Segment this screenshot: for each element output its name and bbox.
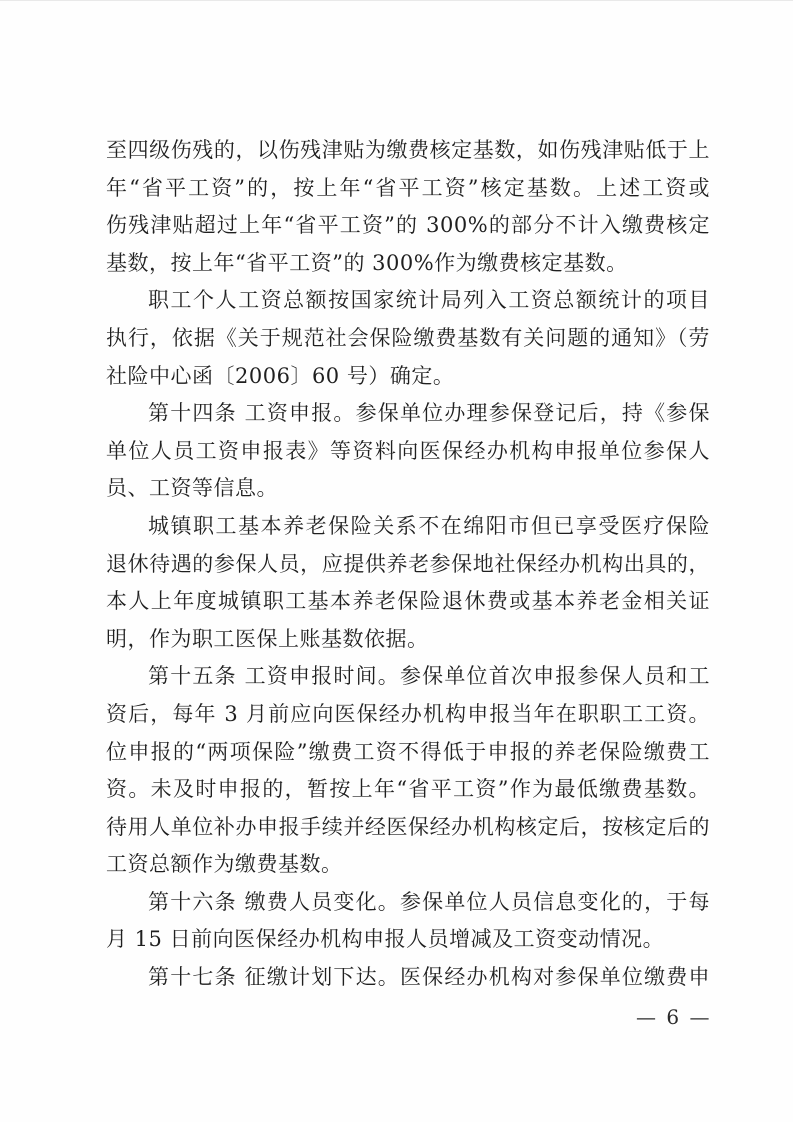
scan-edge-line [0,0,793,1]
text-line: 明，作为职工医保上账基数依据。 [106,621,710,659]
text-line: 社险中心函〔2006〕60 号）确定。 [106,358,710,396]
text-line: 职工个人工资总额按国家统计局列入工资总额统计的项目 [106,282,710,320]
text-line: 单位人员工资申报表》等资料向医保经办机构申报单位参保人 [106,433,710,471]
text-line: 第十七条 征缴计划下达。医保经办机构对参保单位缴费申 [106,959,710,997]
text-line: 至四级伤残的，以伤残津贴为缴费核定基数，如伤残津贴低于上 [106,132,710,170]
text-line: 基数，按上年“省平工资”的 300%作为缴费核定基数。 [106,245,710,283]
document-text-block: 至四级伤残的，以伤残津贴为缴费核定基数，如伤残津贴低于上年“省平工资”的，按上年… [106,132,710,997]
text-line: 执行，依据《关于规范社会保险缴费基数有关问题的通知》（劳 [106,320,710,358]
text-line: 退休待遇的参保人员，应提供养老参保地社保经办机构出具的， [106,546,710,584]
document-page: 至四级伤残的，以伤残津贴为缴费核定基数，如伤残津贴低于上年“省平工资”的，按上年… [0,0,793,1122]
text-line: 年“省平工资”的，按上年“省平工资”核定基数。上述工资或 [106,170,710,208]
text-line: 工资总额作为缴费基数。 [106,846,710,884]
text-line: 本人上年度城镇职工基本养老保险退休费或基本养老金相关证 [106,583,710,621]
text-line: 第十四条 工资申报。参保单位办理参保登记后，持《参保 [106,395,710,433]
text-line: 位申报的“两项保险”缴费工资不得低于申报的养老保险缴费工 [106,734,710,772]
text-line: 待用人单位补办申报手续并经医保经办机构核定后，按核定后的 [106,809,710,847]
text-line: 城镇职工基本养老保险关系不在绵阳市但已享受医疗保险 [106,508,710,546]
text-line: 资。未及时申报的，暂按上年“省平工资”作为最低缴费基数。 [106,771,710,809]
text-line: 第十六条 缴费人员变化。参保单位人员信息变化的，于每 [106,884,710,922]
text-line: 月 15 日前向医保经办机构申报人员增减及工资变动情况。 [106,921,710,959]
text-line: 第十五条 工资申报时间。参保单位首次申报参保人员和工 [106,658,710,696]
text-line: 资后，每年 3 月前应向医保经办机构申报当年在职职工工资。单 [106,696,710,734]
text-line: 员、工资等信息。 [106,470,710,508]
page-number: — 6 — [636,1004,716,1030]
text-line: 伤残津贴超过上年“省平工资”的 300%的部分不计入缴费核定 [106,207,710,245]
